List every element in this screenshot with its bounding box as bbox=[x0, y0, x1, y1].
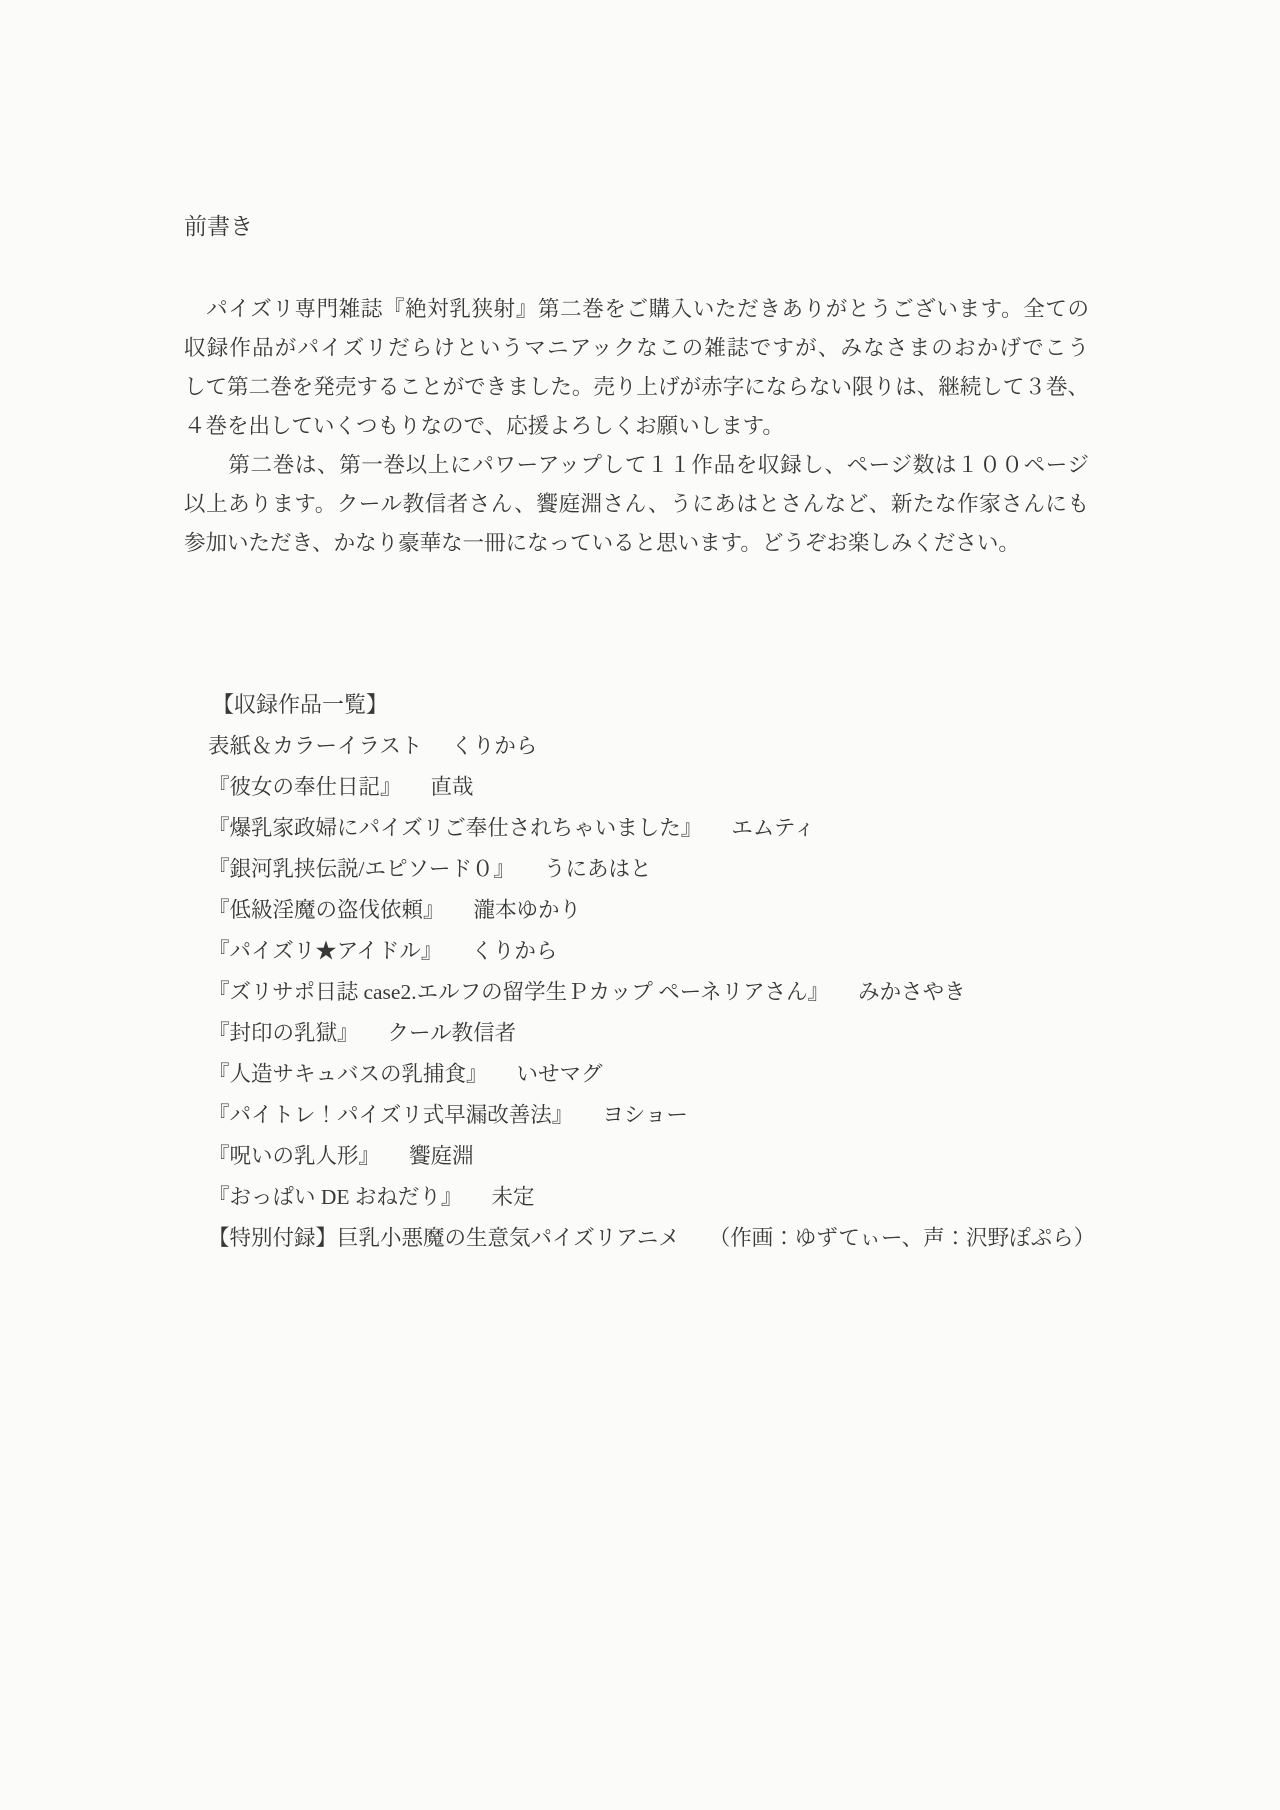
preface-line: 以上あります。クール教信者さん、饗庭淵さん、うにあはとさんなど、新たな作家さんに… bbox=[184, 485, 1089, 524]
preface-paragraph-2: 第二巻は、第一巻以上にパワーアップして１１作品を収録し、ページ数は１００ページ以… bbox=[184, 446, 1089, 563]
work-author: うにあはと bbox=[544, 857, 652, 881]
preface-line: して第二巻を発売することができました。売り上げが赤字にならない限りは、継続して３… bbox=[184, 368, 1089, 407]
toc-item: 『呪いの乳人形』饗庭淵 bbox=[208, 1136, 1089, 1177]
work-author: 直哉 bbox=[431, 775, 474, 799]
toc-section: 【収録作品一覧】 表紙＆カラーイラストくりから『彼女の奉仕日記』直哉『爆乳家政婦… bbox=[184, 685, 1089, 1259]
work-title: 『彼女の奉仕日記』 bbox=[208, 775, 402, 799]
page-title: 前書き bbox=[184, 212, 1089, 242]
toc-item: 『封印の乳獄』クール教信者 bbox=[208, 1013, 1089, 1054]
toc-item: 『パイズリ★アイドル』くりから bbox=[208, 931, 1089, 972]
work-title: 『封印の乳獄』 bbox=[208, 1021, 359, 1045]
work-author: くりから bbox=[471, 939, 557, 963]
toc-item: 『低級淫魔の盗伐依頼』瀧本ゆかり bbox=[208, 890, 1089, 931]
work-author: 瀧本ゆかり bbox=[474, 898, 582, 922]
work-title: 『おっぱい DE おねだり』 bbox=[208, 1185, 462, 1209]
work-author: （作画：ゆずてぃー、声：沢野ぽぷら） bbox=[709, 1226, 1095, 1250]
work-author: 未定 bbox=[491, 1185, 534, 1209]
work-author: 饗庭淵 bbox=[409, 1144, 474, 1168]
work-title: 【特別付録】巨乳小悪魔の生意気パイズリアニメ bbox=[208, 1226, 680, 1250]
work-title: 『パイトレ！パイズリ式早漏改善法』 bbox=[208, 1103, 573, 1127]
toc-heading: 【収録作品一覧】 bbox=[212, 685, 1089, 724]
work-title: 『銀河乳挟伝説/エピソード０』 bbox=[208, 857, 515, 881]
work-author: エムティ bbox=[731, 816, 815, 840]
work-author: みかさやき bbox=[858, 980, 966, 1004]
preface-line: ４巻を出していくつもりなので、応援よろしくお願いします。 bbox=[184, 407, 1089, 446]
toc-item: 『彼女の奉仕日記』直哉 bbox=[208, 767, 1089, 808]
work-title: 表紙＆カラーイラスト bbox=[208, 734, 422, 758]
work-title: 『爆乳家政婦にパイズリご奉仕されちゃいました』 bbox=[208, 816, 702, 840]
work-title: 『人造サキュバスの乳捕食』 bbox=[208, 1062, 488, 1086]
toc-item: 『ズリサポ日誌 case2.エルフの留学生Ｐカップ ペーネリアさん』みかさやき bbox=[208, 972, 1089, 1013]
toc-item: 『おっぱい DE おねだり』未定 bbox=[208, 1177, 1089, 1218]
toc-item: 『人造サキュバスの乳捕食』いせマグ bbox=[208, 1054, 1089, 1095]
work-title: 『パイズリ★アイドル』 bbox=[208, 939, 442, 963]
work-title: 『ズリサポ日誌 case2.エルフの留学生Ｐカップ ペーネリアさん』 bbox=[208, 980, 829, 1004]
preface-line: 収録作品がパイズリだらけというマニアックなこの雑誌ですが、みなさまのおかげでこう bbox=[184, 329, 1089, 368]
toc-item: 『パイトレ！パイズリ式早漏改善法』ヨショー bbox=[208, 1095, 1089, 1136]
preface-line: 第二巻は、第一巻以上にパワーアップして１１作品を収録し、ページ数は１００ページ bbox=[184, 446, 1089, 485]
toc-item: 『銀河乳挟伝説/エピソード０』うにあはと bbox=[208, 849, 1089, 890]
toc-item: 【特別付録】巨乳小悪魔の生意気パイズリアニメ（作画：ゆずてぃー、声：沢野ぽぷら） bbox=[208, 1218, 1089, 1259]
preface-body: パイズリ専門雑誌『絶対乳狭射』第二巻をご購入いただきありがとうございます。全ての… bbox=[184, 290, 1089, 563]
work-title: 『呪いの乳人形』 bbox=[208, 1144, 380, 1168]
preface-line: 参加いただき、かなり豪華な一冊になっていると思います。どうぞお楽しみください。 bbox=[184, 524, 1089, 563]
page-content: 前書き パイズリ専門雑誌『絶対乳狭射』第二巻をご購入いただきありがとうございます… bbox=[184, 212, 1089, 1259]
toc-list: 表紙＆カラーイラストくりから『彼女の奉仕日記』直哉『爆乳家政婦にパイズリご奉仕さ… bbox=[208, 726, 1089, 1259]
work-author: くりから bbox=[451, 734, 537, 758]
work-author: ヨショー bbox=[602, 1103, 688, 1127]
preface-paragraph-1: パイズリ専門雑誌『絶対乳狭射』第二巻をご購入いただきありがとうございます。全ての… bbox=[184, 290, 1089, 446]
work-title: 『低級淫魔の盗伐依頼』 bbox=[208, 898, 445, 922]
toc-item: 『爆乳家政婦にパイズリご奉仕されちゃいました』エムティ bbox=[208, 808, 1089, 849]
work-author: クール教信者 bbox=[388, 1021, 517, 1045]
work-author: いせマグ bbox=[517, 1062, 603, 1086]
preface-line: パイズリ専門雑誌『絶対乳狭射』第二巻をご購入いただきありがとうございます。全ての bbox=[184, 290, 1089, 329]
toc-item: 表紙＆カラーイラストくりから bbox=[208, 726, 1089, 767]
scanned-document-page: 前書き パイズリ専門雑誌『絶対乳狭射』第二巻をご購入いただきありがとうございます… bbox=[0, 0, 1280, 1810]
